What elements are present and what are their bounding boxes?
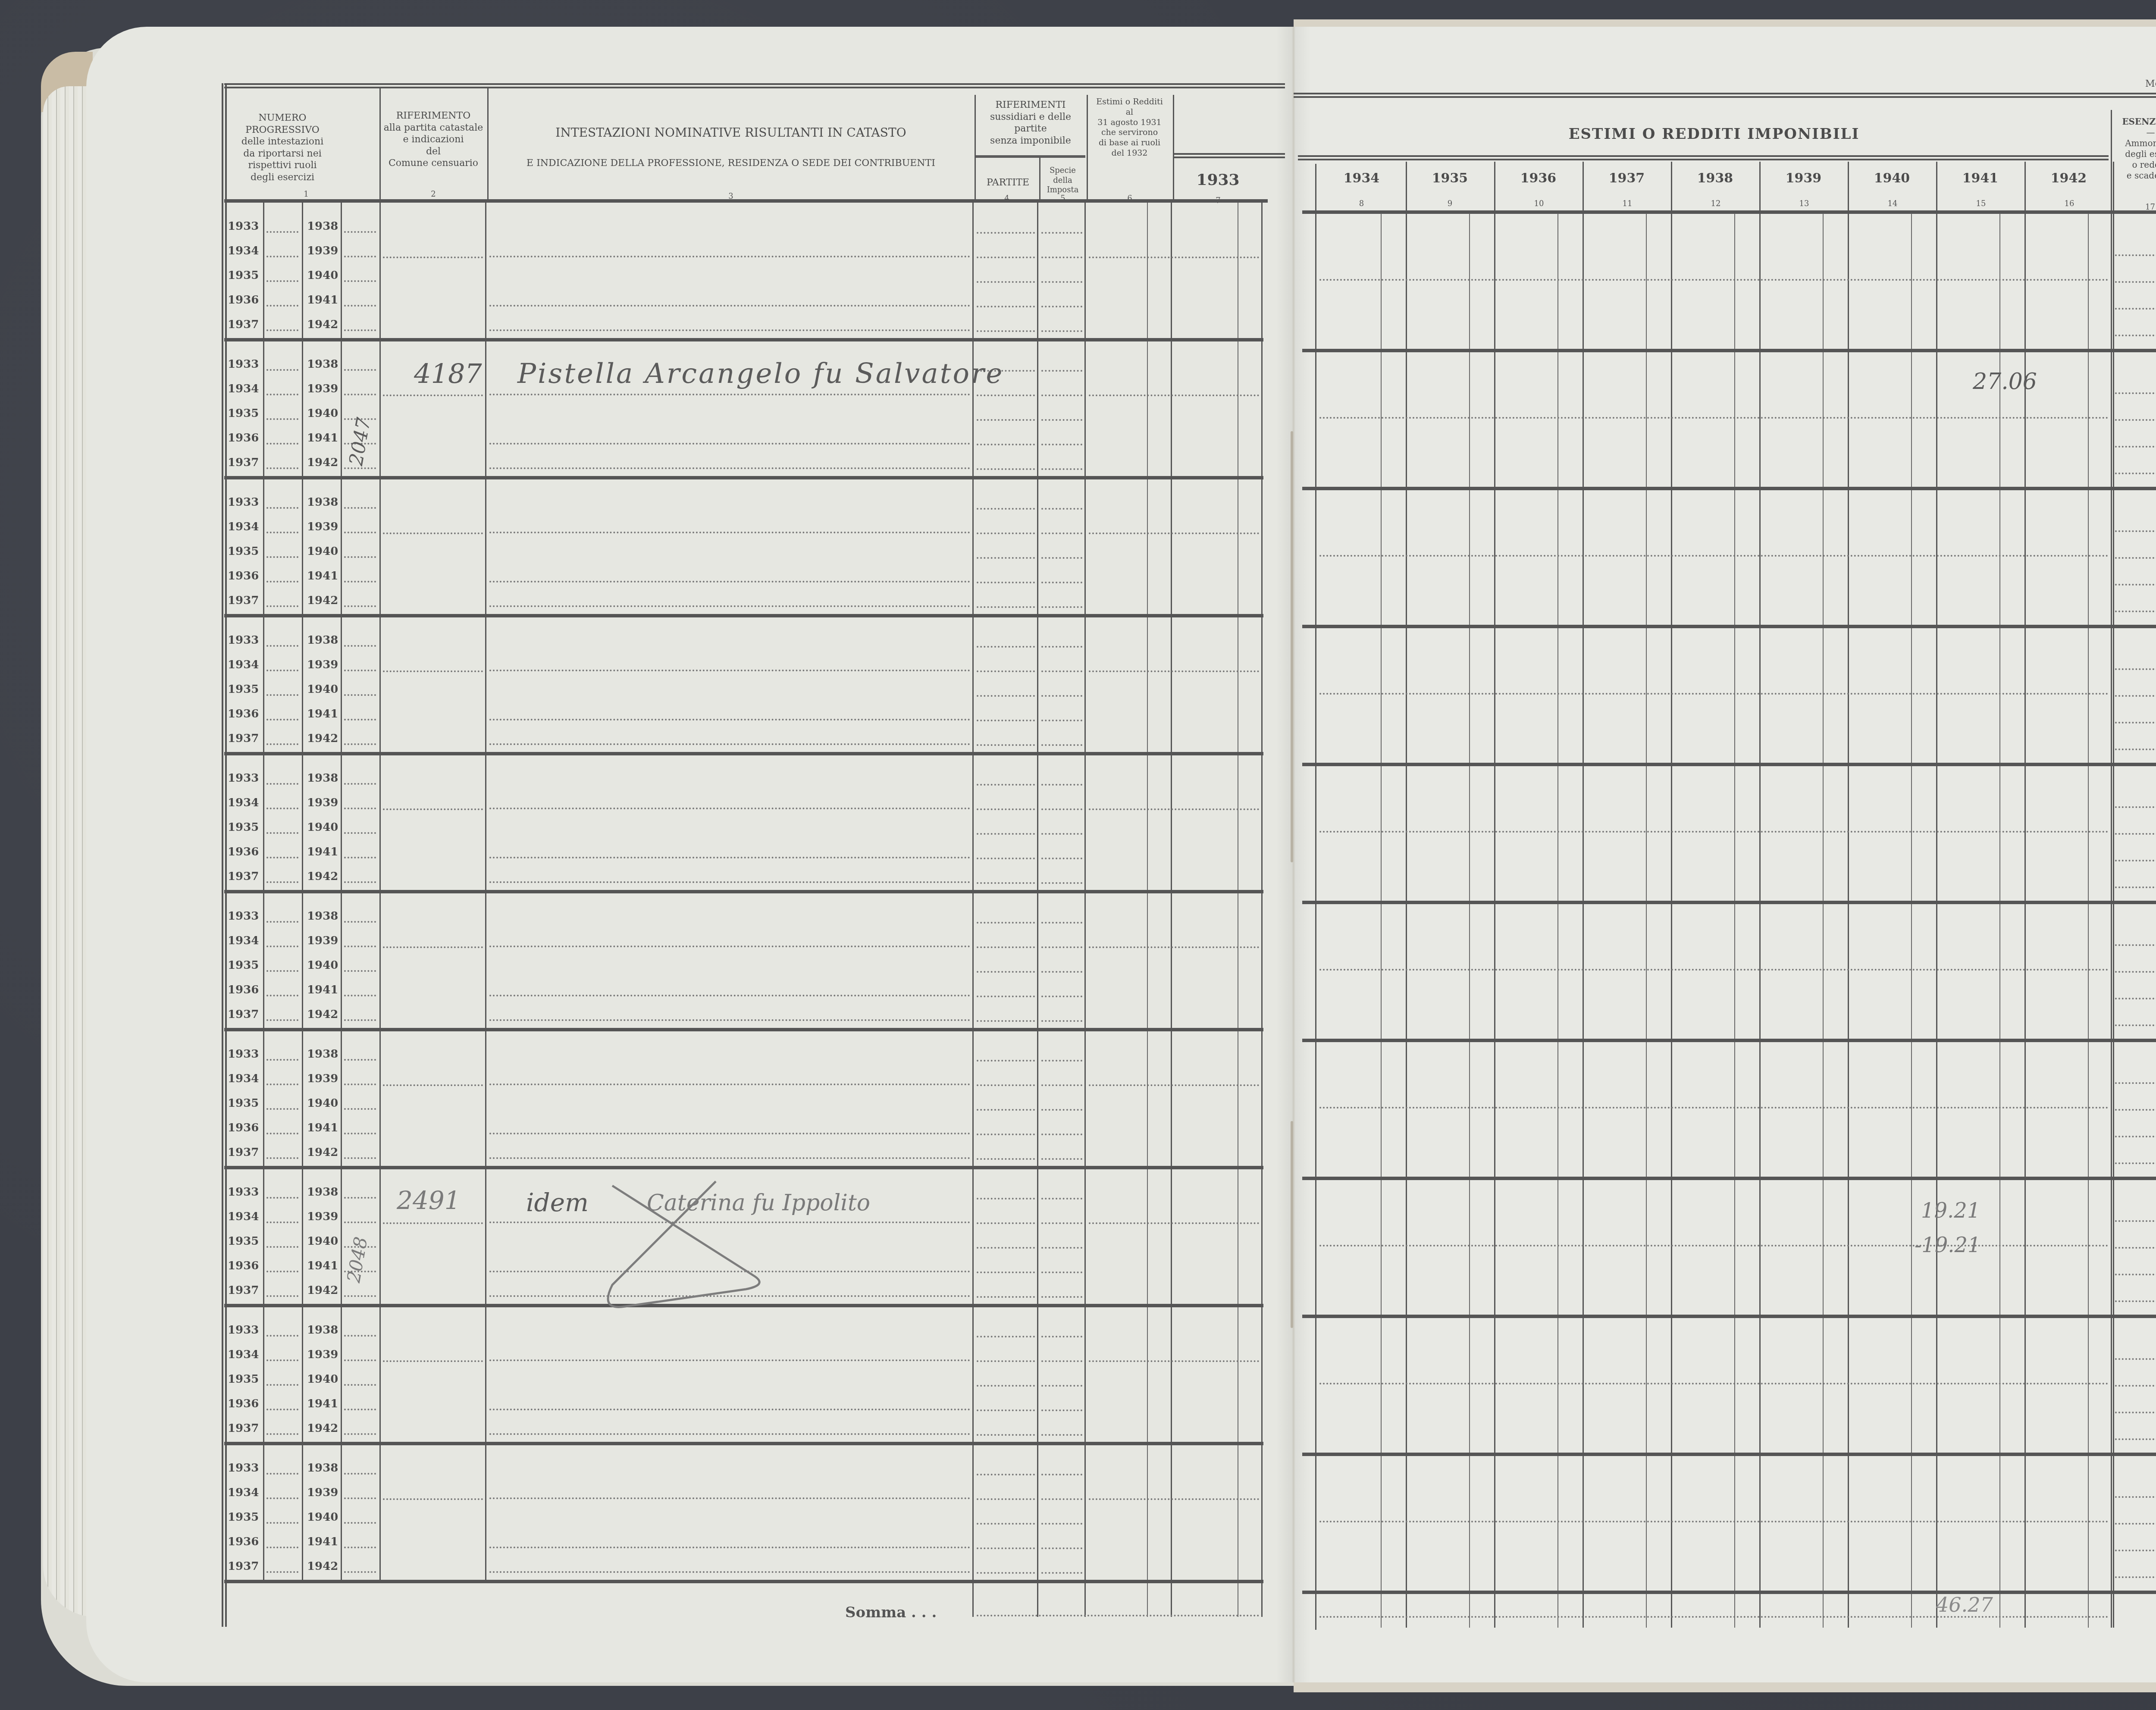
year-col-cents-line	[1734, 213, 1735, 1628]
esenzioni-ruling	[2115, 1024, 2156, 1026]
year-label: 1937	[228, 732, 259, 745]
partite-ruling	[977, 1498, 1035, 1500]
esenzioni-ruling	[2115, 1220, 2156, 1222]
header-col6-line: del 1932	[1087, 148, 1172, 159]
dotted-fill	[344, 857, 376, 858]
dotted-fill	[344, 1335, 376, 1337]
partite-ruling	[977, 646, 1035, 648]
year-col-line	[1406, 162, 1407, 1628]
specie-ruling	[1041, 444, 1082, 445]
dotted-fill	[344, 1221, 376, 1223]
esenzioni-ruling	[2115, 1358, 2156, 1360]
year-col-cents-line	[1911, 213, 1912, 1628]
specie-ruling	[1041, 1198, 1082, 1200]
year-label: 1934	[228, 658, 259, 671]
specie-ruling	[1041, 1547, 1082, 1549]
dotted-fill	[344, 280, 376, 282]
dotted-fill	[266, 1409, 298, 1410]
dotted-fill	[344, 532, 376, 533]
amount-ruling	[1089, 1360, 1259, 1362]
header-year-1937: 1937	[1583, 170, 1671, 187]
year-label: 1937	[228, 870, 259, 883]
partite-ruling	[977, 419, 1035, 421]
entry-separator	[224, 476, 1263, 479]
dotted-fill	[344, 1547, 376, 1548]
specie-ruling	[1041, 1409, 1082, 1411]
year-label: 1938	[307, 1324, 338, 1337]
partita-ruling	[383, 1498, 483, 1500]
entry-ruling	[489, 1359, 970, 1361]
specie-ruling	[1041, 695, 1082, 697]
amount-ruling	[1089, 670, 1259, 672]
col17-left-line	[2111, 110, 2112, 1628]
specie-ruling	[1041, 1272, 1082, 1273]
year-label: 1939	[307, 520, 338, 533]
partite-ruling	[977, 257, 1035, 258]
amount-ruling	[1089, 1498, 1259, 1500]
header-col3-title: INTESTAZIONI NOMINATIVE RISULTANTI IN CA…	[492, 125, 970, 140]
partite-ruling	[977, 444, 1035, 445]
partite-ruling	[977, 1474, 1035, 1475]
entry-ruling	[489, 670, 970, 671]
header-col6-line: che servirono	[1087, 128, 1172, 138]
column-number: 1	[302, 190, 310, 199]
entry-separator	[1302, 1591, 2156, 1594]
partite-ruling	[977, 582, 1035, 583]
dotted-fill	[344, 1059, 376, 1061]
partite-ruling	[977, 395, 1035, 396]
header-col17-line: Ammontare	[2113, 138, 2156, 149]
year-label: 1941	[307, 1121, 338, 1134]
dotted-fill	[344, 832, 376, 834]
dotted-fill	[266, 719, 298, 720]
esenzioni-ruling	[2115, 473, 2156, 474]
header-col17-line: degli estimi	[2113, 149, 2156, 160]
dotted-fill	[266, 783, 298, 785]
esenzioni-ruling	[2115, 722, 2156, 723]
esenzioni-ruling	[2115, 886, 2156, 888]
year-label: 1937	[228, 1422, 259, 1435]
header-riferimenti-title: RIFERIMENTI	[977, 99, 1084, 111]
dotted-fill	[266, 645, 298, 647]
esenzioni-ruling	[2115, 281, 2156, 283]
entry-separator	[1302, 901, 2156, 904]
entry-ruling	[489, 857, 970, 858]
header-col6-line: Estimi o Redditi	[1087, 97, 1172, 107]
col7-top-divider	[1173, 153, 1285, 158]
dotted-fill	[266, 605, 298, 607]
esenzioni-ruling	[2115, 833, 2156, 835]
column-number: 11	[1623, 199, 1631, 208]
year-label: 1940	[307, 1511, 338, 1524]
partite-ruling	[977, 1198, 1035, 1200]
partite-ruling	[977, 670, 1035, 672]
dotted-fill	[344, 256, 376, 257]
dotted-fill	[266, 1221, 298, 1223]
partite-ruling	[977, 1336, 1035, 1337]
dotted-fill	[344, 1497, 376, 1499]
entry-ruling	[489, 1497, 970, 1499]
somma-label: Somma . . .	[845, 1604, 937, 1621]
column-number: 10	[1534, 199, 1543, 208]
entry-ruling	[489, 995, 970, 996]
header-year-1936: 1936	[1494, 170, 1583, 187]
year-label: 1934	[228, 1486, 259, 1499]
esenzioni-ruling	[2115, 1136, 2156, 1137]
entry-ruling	[489, 305, 970, 307]
specie-ruling	[1041, 1247, 1082, 1249]
year-label: 1942	[307, 594, 338, 607]
entry-separator	[1302, 1453, 2156, 1456]
esenzioni-ruling	[2115, 1082, 2156, 1084]
dotted-fill	[344, 329, 376, 331]
year-label: 1941	[307, 432, 338, 445]
year-label: 1933	[228, 358, 259, 371]
specie-ruling	[1041, 1084, 1082, 1086]
entry-separator	[224, 1166, 1263, 1169]
year-label: 1936	[228, 432, 259, 445]
year-col-line	[1759, 162, 1761, 1628]
entry-separator	[1302, 487, 2156, 490]
year-label: 1940	[307, 959, 338, 972]
dotted-fill	[344, 1295, 376, 1297]
dotted-fill	[266, 507, 298, 509]
header-col1-title: NUMERO PROGRESSIVO	[229, 112, 336, 136]
year-label: 1941	[307, 570, 338, 583]
esenzioni-ruling	[2115, 392, 2156, 394]
partite-ruling	[977, 532, 1035, 534]
header-col2: RIFERIMENTO alla partita catastale e ind…	[382, 110, 485, 169]
header-col5-line: Specie	[1040, 166, 1085, 176]
esenzioni-ruling	[2115, 1550, 2156, 1551]
header-year-1942: 1942	[2024, 170, 2113, 187]
dotted-fill	[266, 881, 298, 883]
dotted-fill	[266, 532, 298, 533]
partita-ruling	[383, 1084, 483, 1086]
year-label: 1935	[228, 683, 259, 696]
year-label: 1936	[228, 570, 259, 583]
year-label: 1938	[307, 1048, 338, 1061]
col-line	[1084, 203, 1086, 1617]
col-line	[1261, 203, 1263, 1617]
partite-ruling	[977, 1272, 1035, 1273]
amount-ruling	[1089, 1222, 1259, 1224]
specie-ruling	[1041, 330, 1082, 332]
column-number: 12	[1711, 199, 1720, 208]
dotted-fill	[344, 231, 376, 233]
year-label: 1940	[307, 821, 338, 834]
header-estimi-title: ESTIMI O REDDITI IMPONIBILI	[1337, 125, 2091, 144]
year-label: 1939	[307, 1072, 338, 1085]
top-border	[1294, 93, 2156, 98]
entry-name: Pistella Arcangelo fu Salvatore	[517, 358, 1004, 390]
entry-separator	[224, 752, 1263, 755]
year-label: 1934	[228, 244, 259, 257]
column-number: 2	[429, 190, 438, 199]
dotted-fill	[344, 1197, 376, 1199]
header-col2-line: alla partita catastale	[382, 122, 485, 134]
specie-ruling	[1041, 508, 1082, 510]
esenzioni-ruling	[2115, 1523, 2156, 1525]
header-col2-line: Comune censuario	[382, 157, 485, 169]
header-col1: NUMERO PROGRESSIVO delle intestazioni da…	[229, 112, 336, 183]
dotted-fill	[266, 1271, 298, 1272]
esenzioni-ruling	[2115, 860, 2156, 861]
year-label: 1937	[228, 1284, 259, 1297]
year-label: 1940	[307, 545, 338, 558]
partita-ruling	[383, 257, 483, 258]
partite-ruling	[977, 1222, 1035, 1224]
specie-ruling	[1041, 257, 1082, 258]
dotted-fill	[266, 1019, 298, 1021]
year-col-line	[1671, 162, 1672, 1628]
header-col5-line: della	[1040, 176, 1085, 186]
partite-ruling	[977, 833, 1035, 835]
entry-separator	[224, 1580, 1263, 1583]
partita-ruling	[383, 1360, 483, 1362]
dotted-fill	[344, 556, 376, 558]
header-bottom-rule	[224, 199, 1268, 203]
entry-ruling	[489, 1157, 970, 1159]
dotted-fill	[344, 1384, 376, 1386]
year-label: 1933	[228, 496, 259, 509]
entry-ruling	[489, 1409, 970, 1410]
amount-ruling	[1319, 417, 2109, 419]
partite-ruling	[977, 1572, 1035, 1574]
amount-ruling	[1319, 693, 2109, 695]
entry-separator	[1302, 763, 2156, 766]
partite-ruling	[977, 1060, 1035, 1062]
header-col1-line: da riportarsi nei rispettivi ruoli	[229, 148, 336, 172]
year-label: 1940	[307, 683, 338, 696]
year-label: 1939	[307, 382, 338, 395]
year-label: 1937	[228, 1008, 259, 1021]
year-label: 1936	[228, 294, 259, 307]
year-col-cents-line	[1823, 213, 1824, 1628]
amount-ruling	[1089, 532, 1259, 534]
dotted-fill	[344, 1084, 376, 1085]
year-label: 1935	[228, 1235, 259, 1248]
partite-ruling	[977, 1109, 1035, 1111]
specie-ruling	[1041, 1434, 1082, 1436]
dotted-fill	[266, 467, 298, 469]
specie-ruling	[1041, 1296, 1082, 1298]
entry-separator	[224, 1028, 1263, 1031]
partite-ruling	[977, 508, 1035, 510]
header-bottom-rule	[1302, 210, 2156, 214]
year-label: 1934	[228, 796, 259, 809]
dotted-fill	[266, 1384, 298, 1386]
dotted-fill	[266, 832, 298, 834]
dotted-fill	[344, 783, 376, 785]
year-label: 1939	[307, 1486, 338, 1499]
year-label: 1942	[307, 1008, 338, 1021]
entry-ruling	[489, 808, 970, 809]
header-col17-line: ESENZIONI	[2113, 116, 2156, 127]
dotted-fill	[344, 1359, 376, 1361]
dotted-fill	[266, 946, 298, 947]
year-label: 1935	[228, 821, 259, 834]
header-sep	[1173, 95, 1174, 200]
dotted-fill	[266, 231, 298, 233]
dotted-fill	[266, 1059, 298, 1061]
amount-ruling	[1089, 808, 1259, 810]
year-label: 1939	[307, 658, 338, 671]
entry-separator	[1302, 349, 2156, 352]
specie-ruling	[1041, 744, 1082, 746]
specie-ruling	[1041, 1523, 1082, 1525]
amount-ruling	[1319, 555, 2109, 557]
year-label: 1938	[307, 358, 338, 371]
year-label: 1942	[307, 318, 338, 331]
header-col6-line: 31 agosto 1931	[1087, 118, 1172, 128]
dotted-fill	[266, 1108, 298, 1110]
specie-ruling	[1041, 882, 1082, 884]
year-label: 1941	[307, 1535, 338, 1548]
header-year-1938: 1938	[1671, 170, 1759, 187]
esenzioni-ruling	[2115, 308, 2156, 310]
dotted-fill	[266, 1522, 298, 1524]
header-col1-line: delle intestazioni	[229, 136, 336, 148]
col-line	[972, 203, 974, 1617]
header-year-1934: 1934	[1317, 170, 1406, 187]
specie-ruling	[1041, 582, 1082, 583]
entry-separator	[1302, 1039, 2156, 1042]
year-label: 1940	[307, 269, 338, 282]
year-label: 1940	[307, 1235, 338, 1248]
dotted-fill	[344, 369, 376, 371]
header-col17: ESENZIONI — Ammontare degli estimi o red…	[2113, 116, 2156, 181]
year-label: 1934	[228, 1348, 259, 1361]
left-border	[222, 83, 227, 1627]
specie-ruling	[1041, 1109, 1082, 1111]
right-left-line	[1315, 164, 1316, 1630]
year-col-line	[1848, 162, 1849, 1628]
year-label: 1934	[228, 934, 259, 947]
dotted-fill	[344, 995, 376, 996]
dotted-fill	[266, 1295, 298, 1297]
dotted-fill	[266, 1084, 298, 1085]
col-line-cents	[1238, 203, 1238, 1617]
dotted-fill	[344, 645, 376, 647]
value-1941-entry8: 19.21	[1921, 1199, 1980, 1223]
specie-ruling	[1041, 996, 1082, 997]
esenzioni-ruling	[2115, 611, 2156, 612]
amount-ruling	[1319, 1521, 2109, 1522]
header-sep	[1039, 157, 1040, 200]
year-label: 1933	[228, 1048, 259, 1061]
year-label: 1941	[307, 1259, 338, 1272]
partita-ruling	[383, 532, 483, 534]
year-label: 1933	[228, 1186, 259, 1199]
year-label: 1942	[307, 1560, 338, 1573]
entry-partita-number: 2491	[397, 1186, 461, 1215]
somma-1941-total: 46.27	[1936, 1593, 1993, 1616]
amount-ruling	[1089, 257, 1259, 258]
column-number: 16	[2065, 199, 2073, 208]
esenzioni-ruling	[2115, 998, 2156, 999]
dotted-fill	[266, 743, 298, 745]
year-label: 1938	[307, 496, 338, 509]
specie-ruling	[1041, 784, 1082, 786]
entry-ruling	[489, 256, 970, 257]
dotted-fill	[266, 857, 298, 858]
dotted-fill	[344, 970, 376, 972]
dotted-fill	[344, 881, 376, 883]
col-line	[1171, 203, 1172, 1617]
partite-ruling	[977, 1084, 1035, 1086]
year-col-cents-line	[1557, 213, 1558, 1628]
specie-ruling	[1041, 1385, 1082, 1387]
specie-ruling	[1041, 720, 1082, 721]
partite-ruling	[977, 1523, 1035, 1525]
year-label: 1938	[307, 910, 338, 923]
header-col2-title: RIFERIMENTO	[382, 110, 485, 122]
dotted-fill	[266, 418, 298, 420]
year-band-top	[1298, 155, 2109, 160]
year-label: 1939	[307, 796, 338, 809]
esenzioni-ruling	[2115, 419, 2156, 421]
dotted-fill	[344, 1571, 376, 1573]
column-number: 9	[1446, 199, 1454, 208]
header-col6: Estimi o Redditi al 31 agosto 1931 che s…	[1087, 97, 1172, 159]
partite-ruling	[977, 1134, 1035, 1135]
dotted-fill	[266, 1246, 298, 1248]
partite-ruling	[977, 468, 1035, 470]
esenzioni-ruling	[2115, 1385, 2156, 1387]
year-label: 1939	[307, 1210, 338, 1223]
col-line-cents	[1147, 203, 1148, 1617]
entry-separator	[224, 614, 1263, 617]
year-col-cents-line	[1381, 213, 1382, 1628]
dotted-fill	[344, 507, 376, 509]
year-label: 1938	[307, 772, 338, 785]
esenzioni-ruling	[2115, 971, 2156, 973]
entry-ruling	[489, 1571, 970, 1573]
specie-ruling	[1041, 1158, 1082, 1160]
dotted-fill	[266, 556, 298, 558]
entry-ruling	[489, 329, 970, 331]
dotted-fill	[266, 995, 298, 996]
header-riferimenti-line: sussidiari e delle partite	[977, 111, 1084, 135]
year-label: 1933	[228, 772, 259, 785]
esenzioni-ruling	[2115, 446, 2156, 448]
amount-ruling	[1319, 1107, 2109, 1109]
dotted-fill	[344, 1108, 376, 1110]
header-year-1935: 1935	[1406, 170, 1494, 187]
dotted-fill	[344, 694, 376, 696]
year-label: 1938	[307, 1462, 338, 1475]
year-label: 1935	[228, 959, 259, 972]
partite-ruling	[977, 946, 1035, 948]
entry-partita-number: 4187	[414, 358, 482, 389]
partite-ruling	[977, 1434, 1035, 1436]
dotted-fill	[266, 1433, 298, 1435]
esenzioni-ruling	[2115, 1274, 2156, 1275]
dotted-fill	[344, 743, 376, 745]
dotted-fill	[344, 581, 376, 583]
book-gutter	[1276, 27, 1311, 1682]
dotted-fill	[266, 280, 298, 282]
dotted-fill	[266, 369, 298, 371]
column-number: 8	[1357, 199, 1366, 208]
strike-through-mark	[573, 1177, 854, 1315]
header-col2-line: del	[382, 146, 485, 158]
esenzioni-ruling	[2115, 695, 2156, 697]
year-label: 1933	[228, 1324, 259, 1337]
esenzioni-ruling	[2115, 1109, 2156, 1111]
specie-ruling	[1041, 858, 1082, 859]
